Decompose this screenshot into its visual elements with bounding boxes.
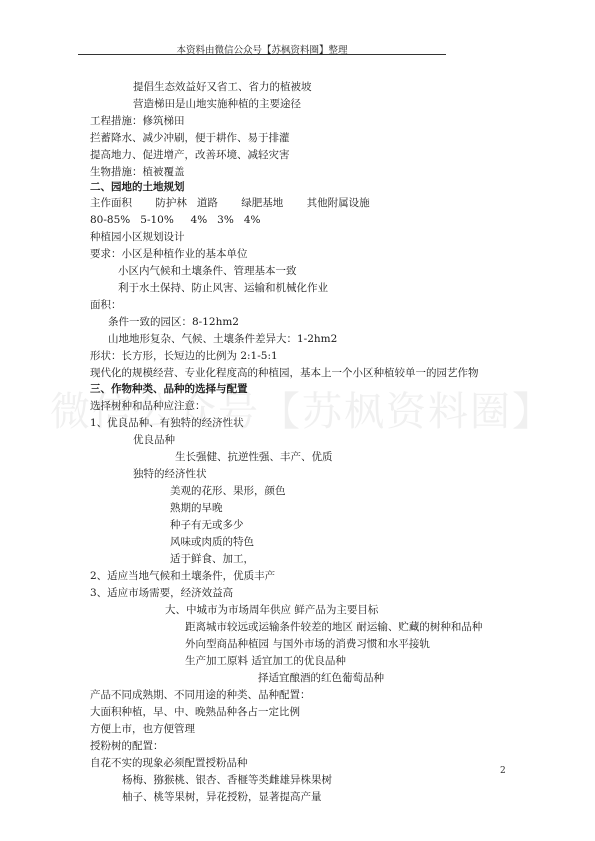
text-line: 生长强健、抗逆性强、丰产、优质 — [175, 450, 333, 464]
text-line: 优良品种 — [133, 433, 175, 447]
text-line: 主作面积 防护林 道路 绿肥基地 其他附属设施 — [90, 196, 370, 210]
section-heading: 二、园地的土地规划 — [90, 180, 185, 194]
text-line: 形状：长方形，长短边的比例为 2:1-5:1 — [90, 349, 278, 363]
text-line: 生物措施：植被覆盖 — [90, 165, 185, 179]
text-line: 授粉树的配置： — [90, 739, 164, 753]
text-line: 80-85% 5-10% 4% 3% 4% — [90, 213, 261, 227]
text-line: 山地地形复杂、气候、土壤条件差异大：1-2hm2 — [108, 332, 337, 346]
text-line: 柚子、桃等果树，异花授粉，显著提高产量 — [122, 790, 322, 804]
text-line: 自花不实的现象必须配置授粉品种 — [90, 756, 248, 770]
text-line: 种植园小区规划设计 — [90, 230, 185, 244]
text-line: 工程措施：修筑梯田 — [90, 114, 185, 128]
text-line: 生产加工原料 适宜加工的优良品种 — [185, 654, 346, 668]
text-line: 大、中城市为市场周年供应 鲜产品为主要目标 — [165, 603, 378, 617]
text-line: 拦蓄降水、减少冲刷，便于耕作、易于排灌 — [90, 131, 290, 145]
section-heading: 三、作物种类、品种的选择与配置 — [90, 382, 248, 396]
text-line: 适于鲜食、加工， — [170, 552, 254, 566]
text-line: 外向型商品种植园 与国外市场的消费习惯和水平接轨 — [185, 637, 430, 651]
text-line: 营造梯田是山地实施种植的主要途径 — [133, 97, 301, 111]
text-line: 1、优良品种、有独特的经济性状 — [90, 416, 244, 430]
text-line: 现代化的规模经营、专业化程度高的种植园，基本上一个小区种植较单一的园艺作物 — [90, 366, 479, 380]
text-line: 要求：小区是种植作业的基本单位 — [90, 247, 248, 261]
text-line: 杨梅、猕猴桃、银杏、香榧等类雌雄异株果树 — [122, 773, 332, 787]
page-number: 2 — [500, 766, 506, 776]
header-divider — [78, 54, 446, 55]
text-line: 美观的花形、果形，颜色 — [170, 484, 286, 498]
text-line: 提倡生态效益好又省工、省力的植被坡 — [133, 80, 312, 94]
text-line: 条件一致的园区：8-12hm2 — [108, 315, 239, 329]
text-line: 择适宜酿酒的红色葡萄品种 — [258, 671, 384, 685]
text-line: 3、适应市场需要，经济效益高 — [90, 586, 233, 600]
text-line: 选择树种和品种应注意： — [90, 399, 206, 413]
text-line: 2、适应当地气候和土壤条件，优质丰产 — [90, 569, 275, 583]
text-line: 利于水土保持、防止风害、运输和机械化作业 — [118, 281, 328, 295]
text-line: 熟期的早晚 — [170, 501, 223, 515]
text-line: 产品不同成熟期、不同用途的种类、品种配置： — [90, 688, 311, 702]
text-line: 小区内气候和土壤条件、管理基本一致 — [118, 264, 297, 278]
text-line: 大面积种植，早、中、晚熟品种各占一定比例 — [90, 705, 300, 719]
text-line: 风味或肉质的特色 — [170, 535, 254, 549]
text-line: 面积： — [90, 298, 122, 312]
text-line: 方便上市，也方便管理 — [90, 722, 195, 736]
text-line: 独特的经济性状 — [133, 467, 207, 481]
text-line: 提高地力、促进增产，改善环境、减轻灾害 — [90, 148, 290, 162]
text-line: 种子有无或多少 — [170, 518, 244, 532]
text-line: 距离城市较远或运输条件较差的地区 耐运输、贮藏的树种和品种 — [185, 620, 482, 634]
